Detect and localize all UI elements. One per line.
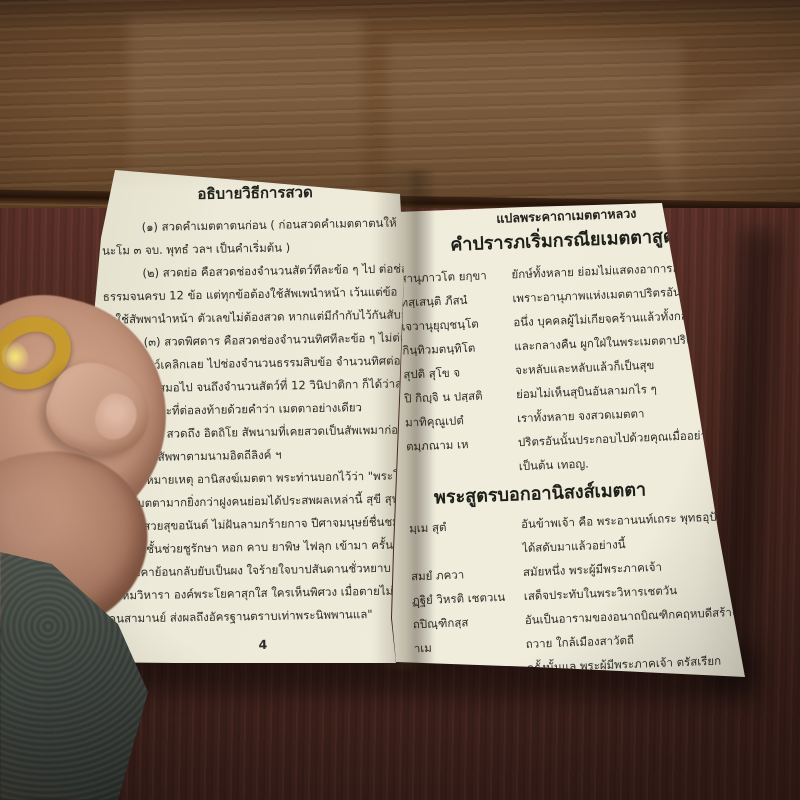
right-page-text: แปลพระคาถาเมตตาหลวง คำปรารภเริ่มกรณียเมต… <box>397 200 755 737</box>
left-page-number: 4 <box>121 630 405 658</box>
text-line: คนสามานย์ ส่งผลถึงอัครฐานตราบเท่าพระนิพพ… <box>108 602 404 630</box>
left-page-heading: อธิบายวิธีการสวด <box>113 178 397 209</box>
photo-of-open-book: อธิบายวิธีการสวด (๑) สวดคำเมตตาตนก่อน ( … <box>0 0 800 800</box>
book-gutter-shadow <box>373 170 433 670</box>
